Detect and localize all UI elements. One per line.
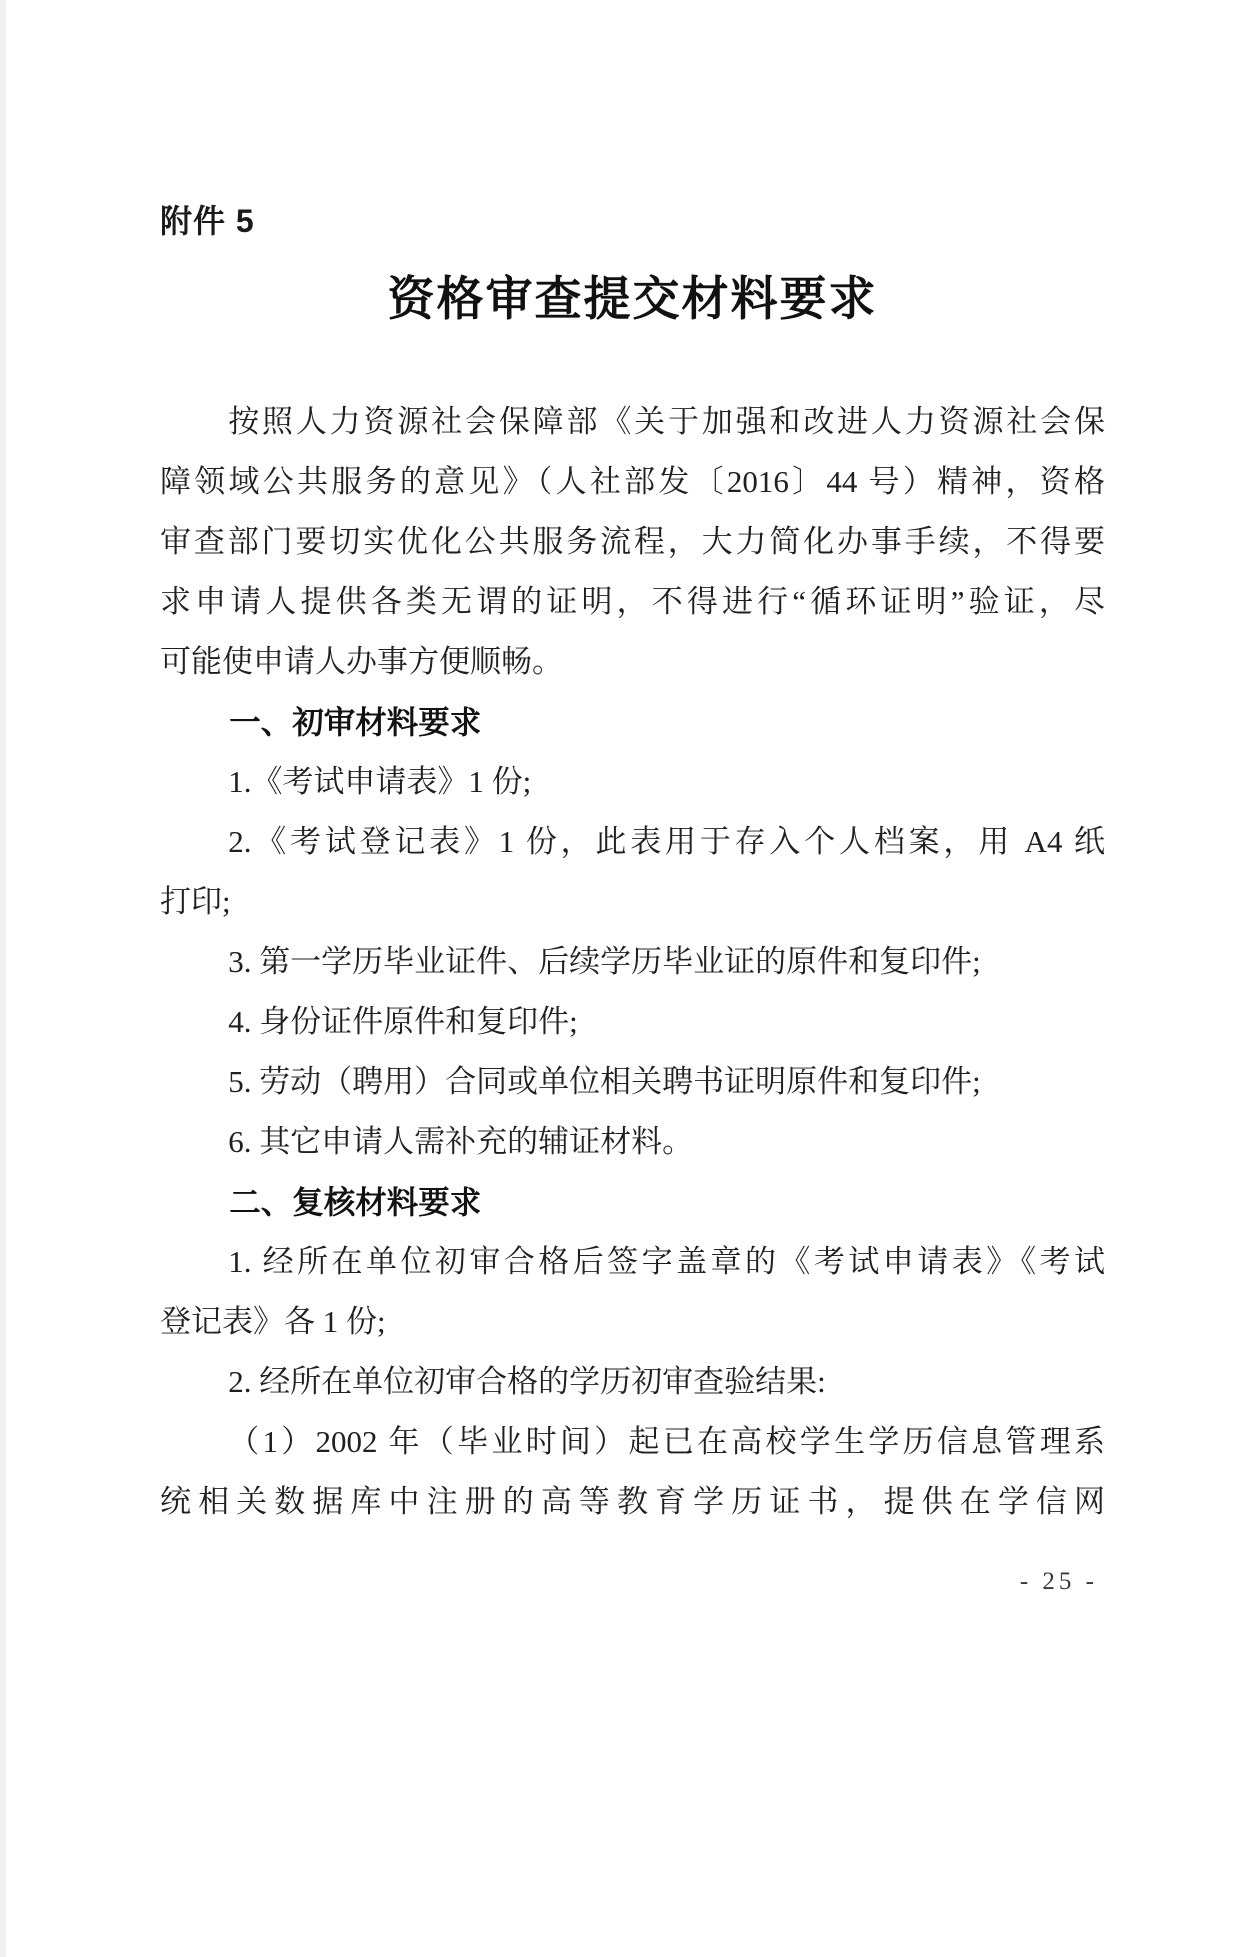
- document-title: 资格审查提交材料要求: [160, 270, 1105, 330]
- text-line: 1. 经所在单位初审合格后签字盖章的《考试申请表》《考试: [160, 1232, 1105, 1292]
- text-line: 2.《考试登记表》1 份，此表用于存入个人档案，用 A4 纸: [160, 812, 1105, 872]
- text-line: 统相关数据库中注册的高等教育学历证书，提供在学信网: [160, 1472, 1105, 1532]
- text-line: 2. 经所在单位初审合格的学历初审查验结果:: [160, 1352, 1105, 1412]
- text-line: 按照人力资源社会保障部《关于加强和改进人力资源社会保: [160, 392, 1105, 452]
- text-line: （1）2002 年（毕业时间）起已在高校学生学历信息管理系: [160, 1412, 1105, 1472]
- page-content: 附件 5 资格审查提交材料要求 按照人力资源社会保障部《关于加强和改进人力资源社…: [160, 0, 1105, 1532]
- page-number: - 25 -: [1020, 1566, 1098, 1598]
- text-line: 4. 身份证件原件和复印件;: [160, 992, 1105, 1052]
- section-heading: 一、初审材料要求: [160, 692, 1105, 752]
- text-line: 障领域公共服务的意见》（人社部发〔2016〕44 号）精神，资格: [160, 452, 1105, 512]
- text-line: 5. 劳动（聘用）合同或单位相关聘书证明原件和复印件;: [160, 1052, 1105, 1112]
- text-line: 3. 第一学历毕业证件、后续学历毕业证的原件和复印件;: [160, 932, 1105, 992]
- document-page: 附件 5 资格审查提交材料要求 按照人力资源社会保障部《关于加强和改进人力资源社…: [0, 0, 1240, 1957]
- text-line: 1.《考试申请表》1 份;: [160, 752, 1105, 812]
- text-line: 审查部门要切实优化公共服务流程，大力简化办事手续，不得要: [160, 512, 1105, 572]
- text-line: 6. 其它申请人需补充的辅证材料。: [160, 1112, 1105, 1172]
- section-heading: 二、复核材料要求: [160, 1172, 1105, 1232]
- page-edge-strip: [0, 0, 6, 1957]
- text-line: 求申请人提供各类无谓的证明，不得进行“循环证明”验证，尽: [160, 572, 1105, 632]
- text-line: 登记表》各 1 份;: [160, 1292, 1105, 1352]
- attachment-label: 附件 5: [160, 200, 1105, 242]
- text-line: 打印;: [160, 872, 1105, 932]
- document-body: 按照人力资源社会保障部《关于加强和改进人力资源社会保障领域公共服务的意见》（人社…: [160, 392, 1105, 1532]
- text-line: 可能使申请人办事方便顺畅。: [160, 632, 1105, 692]
